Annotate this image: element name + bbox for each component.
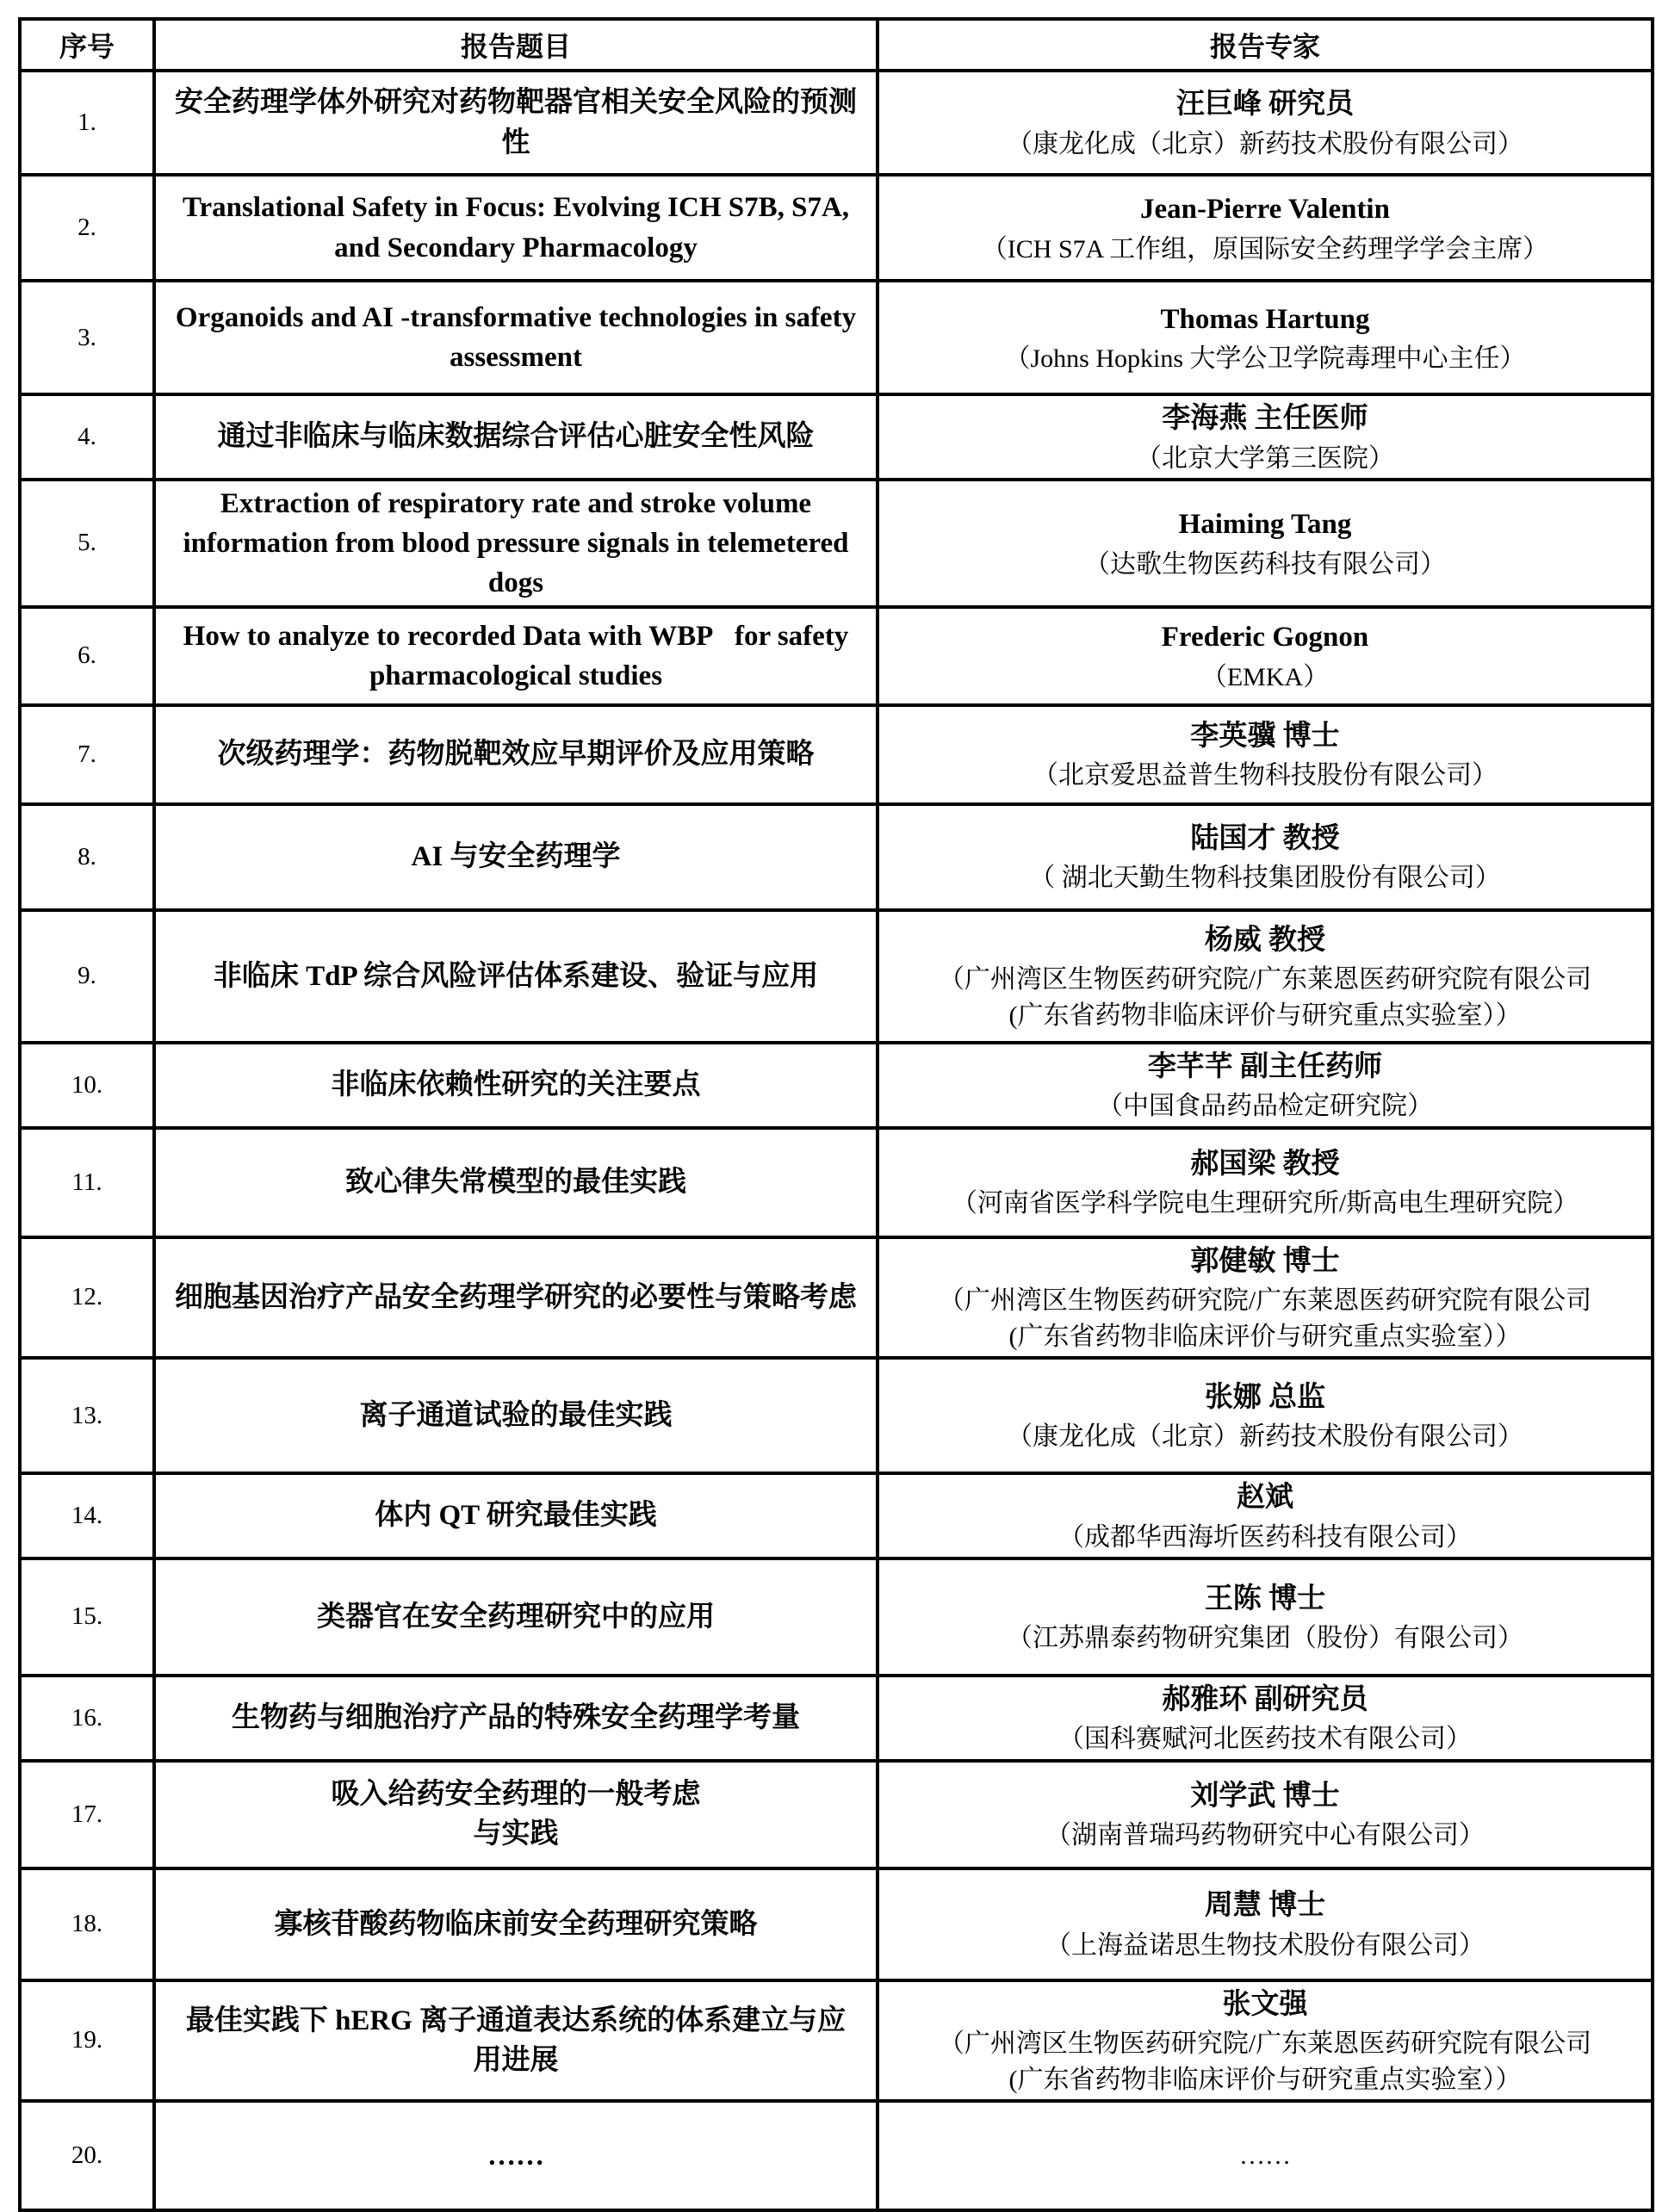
report-title-cell: 致心律失常模型的最佳实践 <box>154 1128 878 1237</box>
speaker-name: 郝雅环 副研究员 <box>884 1679 1646 1722</box>
report-title-line: 体内 QT 研究最佳实践 <box>161 1496 871 1535</box>
speaker-affiliation: （ICH S7A 工作组，原国际安全药理学学会主席） <box>884 232 1646 267</box>
speaker-name: Jean-Pierre Valentin <box>884 189 1646 232</box>
report-title-line: Translational Safety in Focus: Evolving … <box>161 188 871 227</box>
report-title-line: 与实践 <box>161 1814 871 1854</box>
report-title-line: 次级药理学：药物脱靶效应早期评价及应用策略 <box>161 734 871 774</box>
report-title-line: 性 <box>161 123 871 163</box>
row-index-cell: 17. <box>20 1761 154 1868</box>
report-title-cell: 通过非临床与临床数据综合评估心脏安全性风险 <box>154 394 878 480</box>
table-body: 1.安全药理学体外研究对药物靶器官相关安全风险的预测性汪巨峰 研究员（康龙化成（… <box>20 71 1653 2210</box>
speaker-cell: 李芊芊 副主任药师（中国食品药品检定研究院） <box>878 1043 1653 1128</box>
speaker-cell: 张文强（广州湾区生物医药研究院/广东莱恩医药研究院有限公司(广东省药物非临床评价… <box>878 1980 1653 2101</box>
report-title-line: information from blood pressure signals … <box>161 524 871 563</box>
row-index-cell: 1. <box>20 71 154 175</box>
report-title-line: 致心律失常模型的最佳实践 <box>161 1162 871 1202</box>
speaker-affiliation: （中国食品药品检定研究院） <box>884 1088 1646 1124</box>
speaker-name: Frederic Gognon <box>884 617 1646 660</box>
report-title-line: 吸入给药安全药理的一般考虑 <box>161 1775 871 1814</box>
speaker-cell: Thomas Hartung（Johns Hopkins 大学公卫学院毒理中心主… <box>878 281 1653 394</box>
row-index-cell: 7. <box>20 705 154 804</box>
table-row: 2.Translational Safety in Focus: Evolvin… <box>20 175 1653 281</box>
table-row: 17.吸入给药安全药理的一般考虑与实践刘学武 博士（湖南普瑞玛药物研究中心有限公… <box>20 1761 1653 1868</box>
speaker-cell: 郝国梁 教授（河南省医学科学院电生理研究所/斯高电生理研究院） <box>878 1128 1653 1237</box>
report-title-line: 寡核苷酸药物临床前安全药理研究策略 <box>161 1905 871 1944</box>
speaker-name: Thomas Hartung <box>884 299 1646 342</box>
report-title-cell: Extraction of respiratory rate and strok… <box>154 480 878 607</box>
table-row: 11.致心律失常模型的最佳实践郝国梁 教授（河南省医学科学院电生理研究所/斯高电… <box>20 1128 1653 1237</box>
report-title-line: 生物药与细胞治疗产品的特殊安全药理学考量 <box>161 1698 871 1738</box>
speaker-affiliation: …… <box>884 2138 1646 2173</box>
report-title-cell: 寡核苷酸药物临床前安全药理研究策略 <box>154 1868 878 1980</box>
report-title-line: and Secondary Pharmacology <box>161 228 871 268</box>
speaker-name: 郭健敏 博士 <box>884 1241 1646 1284</box>
speaker-affiliation: （上海益诺思生物技术股份有限公司） <box>884 1928 1646 1963</box>
report-schedule-table: 序号 报告题目 报告专家 1.安全药理学体外研究对药物靶器官相关安全风险的预测性… <box>18 17 1654 2212</box>
speaker-affiliation: (广东省药物非临床评价与研究重点实验室）） <box>884 2062 1646 2097</box>
speaker-cell: Jean-Pierre Valentin（ICH S7A 工作组，原国际安全药理… <box>878 175 1653 281</box>
report-title-cell: 非临床 TdP 综合风险评估体系建设、验证与应用 <box>154 910 878 1043</box>
report-title-cell: 生物药与细胞治疗产品的特殊安全药理学考量 <box>154 1676 878 1761</box>
speaker-affiliation: （Johns Hopkins 大学公卫学院毒理中心主任） <box>884 341 1646 376</box>
report-title-cell: 离子通道试验的最佳实践 <box>154 1358 878 1473</box>
speaker-cell: 李英骥 博士（北京爱思益普生物科技股份有限公司） <box>878 705 1653 804</box>
table-row: 7.次级药理学：药物脱靶效应早期评价及应用策略李英骥 博士（北京爱思益普生物科技… <box>20 705 1653 804</box>
report-title-line: Extraction of respiratory rate and strok… <box>161 484 871 524</box>
table-row: 10.非临床依赖性研究的关注要点李芊芊 副主任药师（中国食品药品检定研究院） <box>20 1043 1653 1128</box>
row-index-cell: 19. <box>20 1980 154 2101</box>
report-title-line: dogs <box>161 563 871 603</box>
header-cell-index: 序号 <box>20 19 154 71</box>
header-cell-title: 报告题目 <box>154 19 878 71</box>
row-index-cell: 16. <box>20 1676 154 1761</box>
row-index-cell: 14. <box>20 1473 154 1558</box>
speaker-cell: …… <box>878 2101 1653 2210</box>
report-title-cell: 细胞基因治疗产品安全药理学研究的必要性与策略考虑 <box>154 1237 878 1358</box>
speaker-name: 杨威 教授 <box>884 920 1646 963</box>
row-index-cell: 11. <box>20 1128 154 1237</box>
speaker-affiliation: （河南省医学科学院电生理研究所/斯高电生理研究院） <box>884 1186 1646 1221</box>
row-index-cell: 6. <box>20 607 154 705</box>
report-title-cell: …… <box>154 2101 878 2210</box>
report-title-cell: 次级药理学：药物脱靶效应早期评价及应用策略 <box>154 705 878 804</box>
speaker-name: 陆国才 教授 <box>884 818 1646 861</box>
speaker-cell: 刘学武 博士（湖南普瑞玛药物研究中心有限公司） <box>878 1761 1653 1868</box>
report-title-line: 类器官在安全药理研究中的应用 <box>161 1597 871 1637</box>
report-title-line: pharmacological studies <box>161 656 871 696</box>
report-title-cell: 吸入给药安全药理的一般考虑与实践 <box>154 1761 878 1868</box>
speaker-cell: 王陈 博士（江苏鼎泰药物研究集团（股份）有限公司） <box>878 1558 1653 1676</box>
speaker-affiliation: （湖南普瑞玛药物研究中心有限公司） <box>884 1818 1646 1853</box>
table-row: 12.细胞基因治疗产品安全药理学研究的必要性与策略考虑郭健敏 博士（广州湾区生物… <box>20 1237 1653 1358</box>
table-row: 20.………… <box>20 2101 1653 2210</box>
speaker-affiliation: （广州湾区生物医药研究院/广东莱恩医药研究院有限公司 <box>884 1283 1646 1318</box>
report-title-cell: Translational Safety in Focus: Evolving … <box>154 175 878 281</box>
table-row: 5.Extraction of respiratory rate and str… <box>20 480 1653 607</box>
row-index-cell: 9. <box>20 910 154 1043</box>
speaker-cell: 郭健敏 博士（广州湾区生物医药研究院/广东莱恩医药研究院有限公司(广东省药物非临… <box>878 1237 1653 1358</box>
speaker-affiliation: （北京爱思益普生物科技股份有限公司） <box>884 758 1646 793</box>
speaker-cell: 张娜 总监（康龙化成（北京）新药技术股份有限公司） <box>878 1358 1653 1473</box>
speaker-cell: 李海燕 主任医师（北京大学第三医院） <box>878 394 1653 480</box>
report-title-cell: 非临床依赖性研究的关注要点 <box>154 1043 878 1128</box>
table-row: 3.Organoids and AI -transformative techn… <box>20 281 1653 394</box>
row-index-cell: 18. <box>20 1868 154 1980</box>
header-cell-speaker: 报告专家 <box>878 19 1653 71</box>
speaker-affiliation: （达歌生物医药科技有限公司） <box>884 547 1646 582</box>
speaker-affiliation: （康龙化成（北京）新药技术股份有限公司） <box>884 1419 1646 1454</box>
report-title-line: 非临床依赖性研究的关注要点 <box>161 1065 871 1105</box>
speaker-name: 刘学武 博士 <box>884 1775 1646 1819</box>
report-title-line: 最佳实践下 hERG 离子通道表达系统的体系建立与应 <box>161 2001 871 2041</box>
report-title-cell: AI 与安全药理学 <box>154 804 878 910</box>
report-title-line: Organoids and AI -transformative technol… <box>161 298 871 338</box>
speaker-affiliation: （北京大学第三医院） <box>884 441 1646 476</box>
speaker-name: 汪巨峰 研究员 <box>884 84 1646 127</box>
speaker-affiliation: （成都华西海圻医药科技有限公司） <box>884 1520 1646 1555</box>
speaker-name: 李英骥 博士 <box>884 716 1646 759</box>
report-title-line: 安全药理学体外研究对药物靶器官相关安全风险的预测 <box>161 83 871 122</box>
speaker-affiliation: （广州湾区生物医药研究院/广东莱恩医药研究院有限公司 <box>884 962 1646 997</box>
table-row: 9.非临床 TdP 综合风险评估体系建设、验证与应用杨威 教授（广州湾区生物医药… <box>20 910 1653 1043</box>
report-title-line: AI 与安全药理学 <box>161 837 871 877</box>
speaker-name: 张娜 总监 <box>884 1377 1646 1420</box>
speaker-name: 李芊芊 副主任药师 <box>884 1046 1646 1089</box>
speaker-cell: 杨威 教授（广州湾区生物医药研究院/广东莱恩医药研究院有限公司(广东省药物非临床… <box>878 910 1653 1043</box>
table-row: 13.离子通道试验的最佳实践张娜 总监（康龙化成（北京）新药技术股份有限公司） <box>20 1358 1653 1473</box>
report-title-line: …… <box>161 2136 871 2176</box>
report-title-line: assessment <box>161 338 871 377</box>
speaker-affiliation: （广州湾区生物医药研究院/广东莱恩医药研究院有限公司 <box>884 2026 1646 2061</box>
header-row: 序号 报告题目 报告专家 <box>20 19 1653 71</box>
row-index-cell: 15. <box>20 1558 154 1676</box>
row-index-cell: 5. <box>20 480 154 607</box>
row-index-cell: 2. <box>20 175 154 281</box>
speaker-name: 王陈 博士 <box>884 1578 1646 1621</box>
speaker-cell: 周慧 博士（上海益诺思生物技术股份有限公司） <box>878 1868 1653 1980</box>
row-index-cell: 8. <box>20 804 154 910</box>
row-index-cell: 10. <box>20 1043 154 1128</box>
speaker-name: 郝国梁 教授 <box>884 1143 1646 1187</box>
speaker-affiliation: (广东省药物非临床评价与研究重点实验室）） <box>884 998 1646 1033</box>
report-title-line: 用进展 <box>161 2041 871 2080</box>
speaker-name: 赵斌 <box>884 1477 1646 1520</box>
speaker-name: 张文强 <box>884 1984 1646 2027</box>
speaker-affiliation: (广东省药物非临床评价与研究重点实验室）） <box>884 1319 1646 1354</box>
speaker-affiliation: （ 湖北天勤生物科技集团股份有限公司） <box>884 860 1646 895</box>
speaker-cell: Frederic Gognon（EMKA） <box>878 607 1653 705</box>
row-index-cell: 3. <box>20 281 154 394</box>
report-title-cell: 最佳实践下 hERG 离子通道表达系统的体系建立与应用进展 <box>154 1980 878 2101</box>
speaker-cell: 郝雅环 副研究员（国科赛赋河北医药技术有限公司） <box>878 1676 1653 1761</box>
report-title-line: 通过非临床与临床数据综合评估心脏安全性风险 <box>161 417 871 456</box>
speaker-affiliation: （EMKA） <box>884 660 1646 695</box>
document-page: 序号 报告题目 报告专家 1.安全药理学体外研究对药物靶器官相关安全风险的预测性… <box>0 0 1656 2168</box>
report-title-line: How to analyze to recorded Data with WBP… <box>161 617 871 656</box>
table-row: 15.类器官在安全药理研究中的应用王陈 博士（江苏鼎泰药物研究集团（股份）有限公… <box>20 1558 1653 1676</box>
row-index-cell: 20. <box>20 2101 154 2210</box>
report-title-cell: 安全药理学体外研究对药物靶器官相关安全风险的预测性 <box>154 71 878 175</box>
row-index-cell: 13. <box>20 1358 154 1473</box>
speaker-affiliation: （江苏鼎泰药物研究集团（股份）有限公司） <box>884 1620 1646 1656</box>
report-title-cell: 体内 QT 研究最佳实践 <box>154 1473 878 1558</box>
speaker-name: 李海燕 主任医师 <box>884 398 1646 441</box>
report-title-line: 细胞基因治疗产品安全药理学研究的必要性与策略考虑 <box>161 1278 871 1317</box>
speaker-cell: 陆国才 教授（ 湖北天勤生物科技集团股份有限公司） <box>878 804 1653 910</box>
table-row: 19.最佳实践下 hERG 离子通道表达系统的体系建立与应用进展张文强（广州湾区… <box>20 1980 1653 2101</box>
table-row: 14.体内 QT 研究最佳实践赵斌（成都华西海圻医药科技有限公司） <box>20 1473 1653 1558</box>
speaker-affiliation: （康龙化成（北京）新药技术股份有限公司） <box>884 127 1646 162</box>
report-title-cell: Organoids and AI -transformative technol… <box>154 281 878 394</box>
speaker-affiliation: （国科赛赋河北医药技术有限公司） <box>884 1721 1646 1757</box>
row-index-cell: 12. <box>20 1237 154 1358</box>
report-title-cell: How to analyze to recorded Data with WBP… <box>154 607 878 705</box>
table-row: 8.AI 与安全药理学陆国才 教授（ 湖北天勤生物科技集团股份有限公司） <box>20 804 1653 910</box>
speaker-cell: Haiming Tang（达歌生物医药科技有限公司） <box>878 480 1653 607</box>
table-row: 16.生物药与细胞治疗产品的特殊安全药理学考量郝雅环 副研究员（国科赛赋河北医药… <box>20 1676 1653 1761</box>
table-row: 18.寡核苷酸药物临床前安全药理研究策略周慧 博士（上海益诺思生物技术股份有限公… <box>20 1868 1653 1980</box>
report-title-line: 离子通道试验的最佳实践 <box>161 1396 871 1435</box>
table-row: 1.安全药理学体外研究对药物靶器官相关安全风险的预测性汪巨峰 研究员（康龙化成（… <box>20 71 1653 175</box>
table-row: 4.通过非临床与临床数据综合评估心脏安全性风险李海燕 主任医师（北京大学第三医院… <box>20 394 1653 480</box>
table-row: 6.How to analyze to recorded Data with W… <box>20 607 1653 705</box>
speaker-cell: 汪巨峰 研究员（康龙化成（北京）新药技术股份有限公司） <box>878 71 1653 175</box>
speaker-cell: 赵斌（成都华西海圻医药科技有限公司） <box>878 1473 1653 1558</box>
report-title-line: 非临床 TdP 综合风险评估体系建设、验证与应用 <box>161 957 871 996</box>
speaker-name: 周慧 博士 <box>884 1885 1646 1928</box>
report-title-cell: 类器官在安全药理研究中的应用 <box>154 1558 878 1676</box>
row-index-cell: 4. <box>20 394 154 480</box>
speaker-name: Haiming Tang <box>884 504 1646 547</box>
